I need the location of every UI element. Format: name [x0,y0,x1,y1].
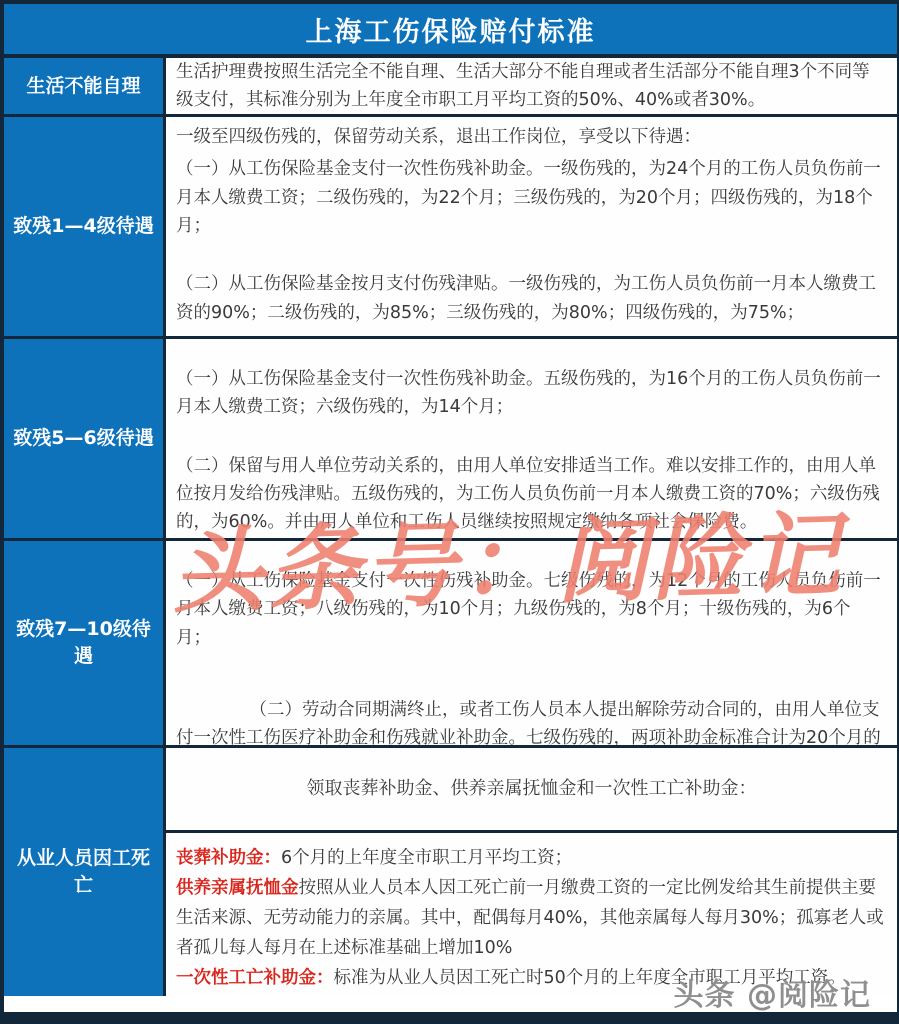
paragraph: 生活护理费按照生活完全不能自理、生活大部分不能自理或者生活部分不能自理3个不同等… [176,58,885,114]
table-row-grade-5-6: 致残5—6级待遇 （一）从工伤保险基金支付一次性伤残补助金。五级伤残的，为16个… [4,336,897,538]
title-bar: 上海工伤保险赔付标准 [4,4,897,58]
benefit-item-funeral: 丧葬补助金：6个月的上年度全市职工月平均工资； [176,843,885,873]
row-header-grade-7-10: 致残7—10级待遇 [4,541,166,745]
benefit-text-funeral: 6个月的上年度全市职工月平均工资； [281,848,572,868]
paragraph: （一）从工伤保险基金支付一次性伤残补助金。七级伤残的，为12个月的工伤人员负伤前… [176,567,885,652]
paragraph: （一）从工伤保险基金支付一次性伤残补助金。一级伤残的，为24个月的工伤人员负伤前… [176,155,885,240]
row-content-work-death: 领取丧葬补助金、供养亲属抚恤金和一次性工亡补助金： 丧葬补助金：6个月的上年度全… [166,748,897,996]
paragraph: （二）从工伤保险基金按月支付伤残津贴。一级伤残的，为工伤人员负伤前一月本人缴费工… [176,270,885,327]
row-content-grade-1-4: 一级至四级伤残的，保留劳动关系，退出工作岗位，享受以下待遇： （一）从工伤保险基… [166,117,897,336]
work-death-intro: 领取丧葬补助金、供养亲属抚恤金和一次性工亡补助金： [166,748,897,833]
row-content-self-care: 生活护理费按照生活完全不能自理、生活大部分不能自理或者生活部分不能自理3个不同等… [166,58,897,114]
table-row-grade-1-4: 致残1—4级待遇 一级至四级伤残的，保留劳动关系，退出工作岗位，享受以下待遇： … [4,114,897,336]
table-row-self-care: 生活不能自理 生活护理费按照生活完全不能自理、生活大部分不能自理或者生活部分不能… [4,58,897,114]
row-content-grade-7-10: （一）从工伤保险基金支付一次性伤残补助金。七级伤残的，为12个月的工伤人员负伤前… [166,541,897,745]
paragraph: （一）从工伤保险基金支付一次性伤残补助金。五级伤残的，为16个月的工伤人员负伤前… [176,365,885,422]
benefit-item-dependents: 供养亲属抚恤金按照从业人员本人因工死亡前一月缴费工资的一定比例发给其生前提供主要… [176,873,885,963]
row-header-grade-5-6: 致残5—6级待遇 [4,339,166,538]
row-content-grade-5-6: （一）从工伤保险基金支付一次性伤残补助金。五级伤残的，为16个月的工伤人员负伤前… [166,339,897,538]
paragraph: 一级至四级伤残的，保留劳动关系，退出工作岗位，享受以下待遇： [176,123,885,151]
paragraph: （二）保留与用人单位劳动关系的，由用人单位安排适当工作。难以安排工作的，由用人单… [176,452,885,537]
page-title: 上海工伤保险赔付标准 [306,10,596,49]
benefit-label-lump-sum: 一次性工亡补助金： [176,968,334,988]
benefit-label-funeral: 丧葬补助金： [176,848,281,868]
benefit-label-dependents: 供养亲属抚恤金 [176,878,299,898]
table-row-grade-7-10: 致残7—10级待遇 （一）从工伤保险基金支付一次性伤残补助金。七级伤残的，为12… [4,538,897,745]
row-header-grade-1-4: 致残1—4级待遇 [4,117,166,336]
document-page: 上海工伤保险赔付标准 生活不能自理 生活护理费按照生活完全不能自理、生活大部分不… [0,0,899,1024]
paragraph: （二）劳动合同期满终止，或者工伤人员本人提出解除劳动合同的，由用人单位支付一次性… [176,696,885,745]
table-row-work-death: 从业人员因工死亡 领取丧葬补助金、供养亲属抚恤金和一次性工亡补助金： 丧葬补助金… [4,745,897,996]
row-header-work-death: 从业人员因工死亡 [4,748,166,996]
row-header-self-care: 生活不能自理 [4,58,166,114]
toutiao-account-badge: 头条 @阅险记 [674,970,871,1014]
